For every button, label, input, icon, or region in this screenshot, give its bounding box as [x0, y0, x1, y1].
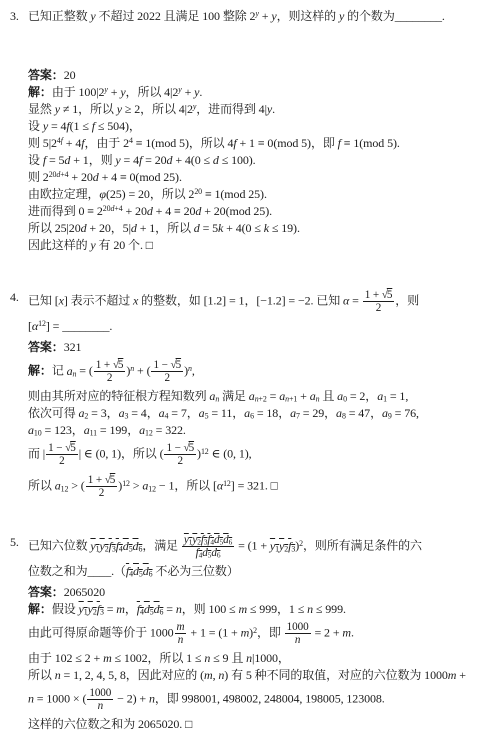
answer-line: 答案：2065020	[28, 584, 485, 601]
answer-label: 答案：	[28, 68, 64, 82]
answer-line: 答案：321	[28, 339, 485, 356]
answer-value: 20	[64, 68, 76, 82]
problem-number: 5.	[10, 531, 28, 733]
statement-line: 已知六位数 y1y2f3f4d5d6，满足 y1y2f3f4d5d6f4d5d6…	[28, 531, 485, 563]
statement-line: 已知 [x] 表示不超过 x 的整数，如 [1.2] = 1，[−1.2] = …	[28, 286, 485, 318]
answer-value: 2065020	[64, 585, 105, 599]
solution-line: 所以 n = 1, 2, 4, 5, 8，因此对应的 (m, n) 有 5 种不…	[28, 667, 485, 684]
solution-line: 解：由于 100|2y + y，所以 4|2y + y.	[28, 84, 485, 101]
blank-space	[10, 254, 485, 286]
statement-line: [α12] = ________.	[28, 318, 485, 335]
answer-value: 321	[64, 340, 82, 354]
statement-line: 位数之和为____.（f4d5d6 不必为三位数）	[28, 563, 485, 580]
blank-space	[10, 503, 485, 531]
solution-line: 这样的六位数之和为 2065020. □	[28, 716, 485, 733]
answer-label: 答案：	[28, 585, 64, 599]
solution-line: 显然 y ≠ 1，所以 y ≥ 2，所以 4|2y，进而得到 4|y.	[28, 101, 485, 118]
problem-number: 3.	[10, 8, 28, 254]
answer-line: 答案：20	[28, 67, 485, 84]
solution-line: 而 |1 − √52| ∈ (0, 1)，所以 (1 − √52)12 ∈ (0…	[28, 439, 485, 471]
problem-4: 4. 已知 [x] 表示不超过 x 的整数，如 [1.2] = 1，[−1.2]…	[10, 286, 485, 503]
problem-5: 5. 已知六位数 y1y2f3f4d5d6，满足 y1y2f3f4d5d6f4d…	[10, 531, 485, 733]
solution-line: 由于 102 ≤ 2 + m ≤ 1002，所以 1 ≤ n ≤ 9 且 n|1…	[28, 650, 485, 667]
solution-line: 解：假设 y1y2f3 = m，f4d5d6 = n，则 100 ≤ m ≤ 9…	[28, 601, 485, 618]
solution-line: 进而得到 0 ≡ 220d+4 + 20d + 4 ≡ 20d + 20(mod…	[28, 203, 485, 220]
solution-line: n = 1000 × (1000n − 2) + n，即 998001, 498…	[28, 684, 485, 716]
solution-line: 因此这样的 y 有 20 个. □	[28, 237, 485, 254]
solution-line: 设 y = 4f(1 ≤ f ≤ 504)，	[28, 118, 485, 135]
document-page: 3. 已知正整数 y 不超过 2022 且满足 100 整除 2y + y，则这…	[0, 0, 493, 733]
solution-line: 设 f = 5d + 1，则 y = 4f = 20d + 4(0 ≤ d ≤ …	[28, 152, 485, 169]
solution-line: 由欧拉定理，φ(25) = 20，所以 220 ≡ 1(mod 25).	[28, 186, 485, 203]
solution-line: 则由其所对应的特征根方程知数列 an 满足 an+2 = an+1 + an 且…	[28, 388, 485, 405]
answer-label: 答案：	[28, 340, 64, 354]
solution-line: 解：记 an = (1 + √52)n + (1 − √52)n,	[28, 356, 485, 388]
solution-line: 则 5|24f + 4f，由于 24 ≡ 1(mod 5)，所以 4f + 1 …	[28, 135, 485, 152]
solution-line: 所以 25|20d + 20，5|d + 1，所以 d = 5k + 4(0 ≤…	[28, 220, 485, 237]
problem-3: 3. 已知正整数 y 不超过 2022 且满足 100 整除 2y + y，则这…	[10, 8, 485, 254]
solution-line: 依次可得 a2 = 3，a3 = 4，a4 = 7，a5 = 11，a6 = 1…	[28, 405, 485, 422]
solution-line: 所以 a12 > (1 + √52)12 > a12 − 1，所以 [α12] …	[28, 471, 485, 503]
solution-line: 则 220d+4 + 20d + 4 ≡ 0(mod 25).	[28, 169, 485, 186]
problem-number: 4.	[10, 286, 28, 503]
blank-space	[28, 25, 485, 67]
solution-line: a10 = 123，a11 = 199，a12 = 322.	[28, 422, 485, 439]
statement-line: 已知正整数 y 不超过 2022 且满足 100 整除 2y + y，则这样的 …	[28, 8, 485, 25]
solution-line: 由此可得原命题等价于 1000mn + 1 = (1 + m)2，即 1000n…	[28, 618, 485, 650]
